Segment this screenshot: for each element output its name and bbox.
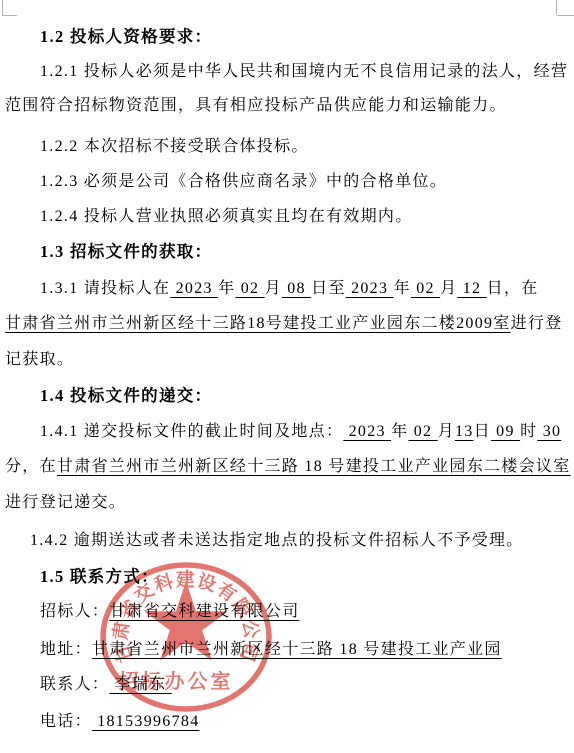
heading-1-2: 1.2 投标人资格要求： (40, 27, 212, 47)
contact-person: 联系人： 李瑞东 (40, 675, 172, 695)
contact-bidder: 招标人：甘肃省交科建设有限公司 (40, 602, 300, 622)
heading-1-5: 1.5 联系方式： (40, 567, 159, 587)
para-1-2-1-line1: 1.2.1 投标人必须是中华人民共和国境内无不良信用记录的法人，经营 (40, 62, 568, 82)
crop-mark-top-left-horizontal (2, 15, 17, 16)
para-1-2-1-line2: 范围符合招标物资范围，具有相应投标产品供应能力和运输能力。 (5, 96, 507, 116)
contact-address: 地址：甘肃省兰州市兰州新区经十三路 18 号建投工业产业园 (40, 640, 502, 660)
para-1-3-1-line3: 记获取。 (5, 350, 74, 370)
para-1-2-3: 1.2.3 必须是公司《合格供应商名录》中的合格单位。 (40, 172, 447, 192)
para-1-2-2: 1.2.2 本次招标不接受联合体投标。 (40, 137, 309, 157)
para-1-4-1-line3: 进行登记递交。 (5, 493, 126, 513)
para-1-2-4: 1.2.4 投标人营业执照必须真实且均在有效期内。 (40, 207, 413, 227)
heading-1-3: 1.3 招标文件的获取： (40, 242, 212, 262)
para-1-3-1-line2: 甘肃省兰州市兰州新区经十三路18号建投工业产业园东二楼2009室进行登 (5, 314, 563, 334)
para-1-4-1-line1: 1.4.1 递交投标文件的截止时间及地点： 2023 年 02 月13日 09 … (40, 422, 561, 442)
para-1-3-1-line1: 1.3.1 请投标人在 2023 年 02 月 08 日至 2023 年 02 … (40, 279, 539, 299)
para-1-4-2: 1.4.2 逾期送达或者未送达指定地点的投标文件招标人不予受理。 (30, 531, 524, 551)
heading-1-4: 1.4 投标文件的递交： (40, 386, 212, 406)
document-page: 1.2 投标人资格要求：1.2.1 投标人必须是中华人民共和国境内无不良信用记录… (0, 0, 574, 753)
crop-mark-top-right-horizontal (557, 15, 574, 16)
crop-mark-top-right-vertical (556, 0, 557, 15)
contact-phone: 电话： 18153996784 (40, 712, 200, 732)
crop-mark-top-left-vertical (2, 0, 3, 15)
para-1-4-1-line2: 分，在甘肃省兰州市兰州新区经十三路 18 号建投工业产业园东二楼会议室 (5, 457, 571, 477)
